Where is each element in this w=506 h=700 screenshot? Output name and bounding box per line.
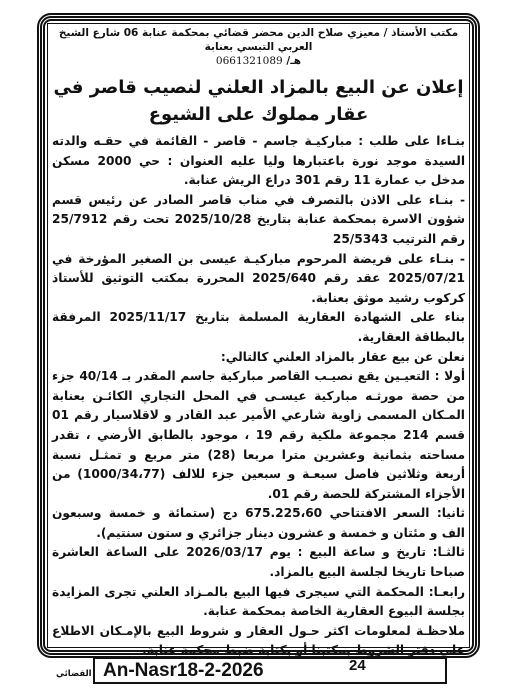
paragraph-fourth-court: رابعـا: المحكمة التي سيجرى فيها البيع با…: [52, 583, 465, 622]
paragraph-second-price: ثانيا: السعر الافتتاحي 675.225،60 دج (ست…: [52, 504, 465, 543]
publication-date: An-Nasr18-2-2026: [103, 660, 264, 682]
office-address-line2: العربي التبسي بعنابة: [52, 40, 465, 54]
paragraph-third-date: ثالثـا: تاريخ و ساعة البيع : يوم 2026/03…: [52, 543, 465, 582]
page-number: 24: [349, 657, 366, 674]
phone-label: هـ/: [286, 55, 301, 67]
announcement-title: إعلان عن البيع بالمزاد العلني لنصيب قاصر…: [52, 74, 465, 128]
paragraph-permission: - بنـاء على الاذن بالتصرف في مناب قاصر ا…: [52, 191, 465, 250]
page-footer: An-Nasr18-2-2026 24: [93, 657, 447, 684]
paragraph-first-designation: أولا : التعيـين يقع نصيـب القاصر مباركية…: [52, 367, 465, 504]
paragraph-inheritance: - بنـاء على فريضة المرحوم مباركيـة عيسى …: [52, 250, 465, 309]
office-header: مكتب الأستاذ / معيزي صلاح الدين محضر قضا…: [52, 26, 465, 68]
office-phone-line: هـ/ 0661321089: [52, 54, 465, 68]
paragraph-announcement: نعلن عن بيع عقار بالمزاد العلني كالتالي:: [52, 348, 465, 368]
paragraph-certificate: بناء على الشهادة العقارية المسلمة بتاريخ…: [52, 308, 465, 347]
paragraph-note: ملاحظـة لمعلومات اكثر حـول العقار و شروط…: [52, 622, 465, 661]
paragraph-request: بنـاءا على طلب : مباركيـة جاسم - قاصر - …: [52, 132, 465, 191]
phone-number: 0661321089: [216, 55, 283, 67]
announcement-content: مكتب الأستاذ / معيزي صلاح الدين محضر قضا…: [52, 26, 465, 679]
office-address-line1: مكتب الأستاذ / معيزي صلاح الدين محضر قضا…: [52, 26, 465, 40]
